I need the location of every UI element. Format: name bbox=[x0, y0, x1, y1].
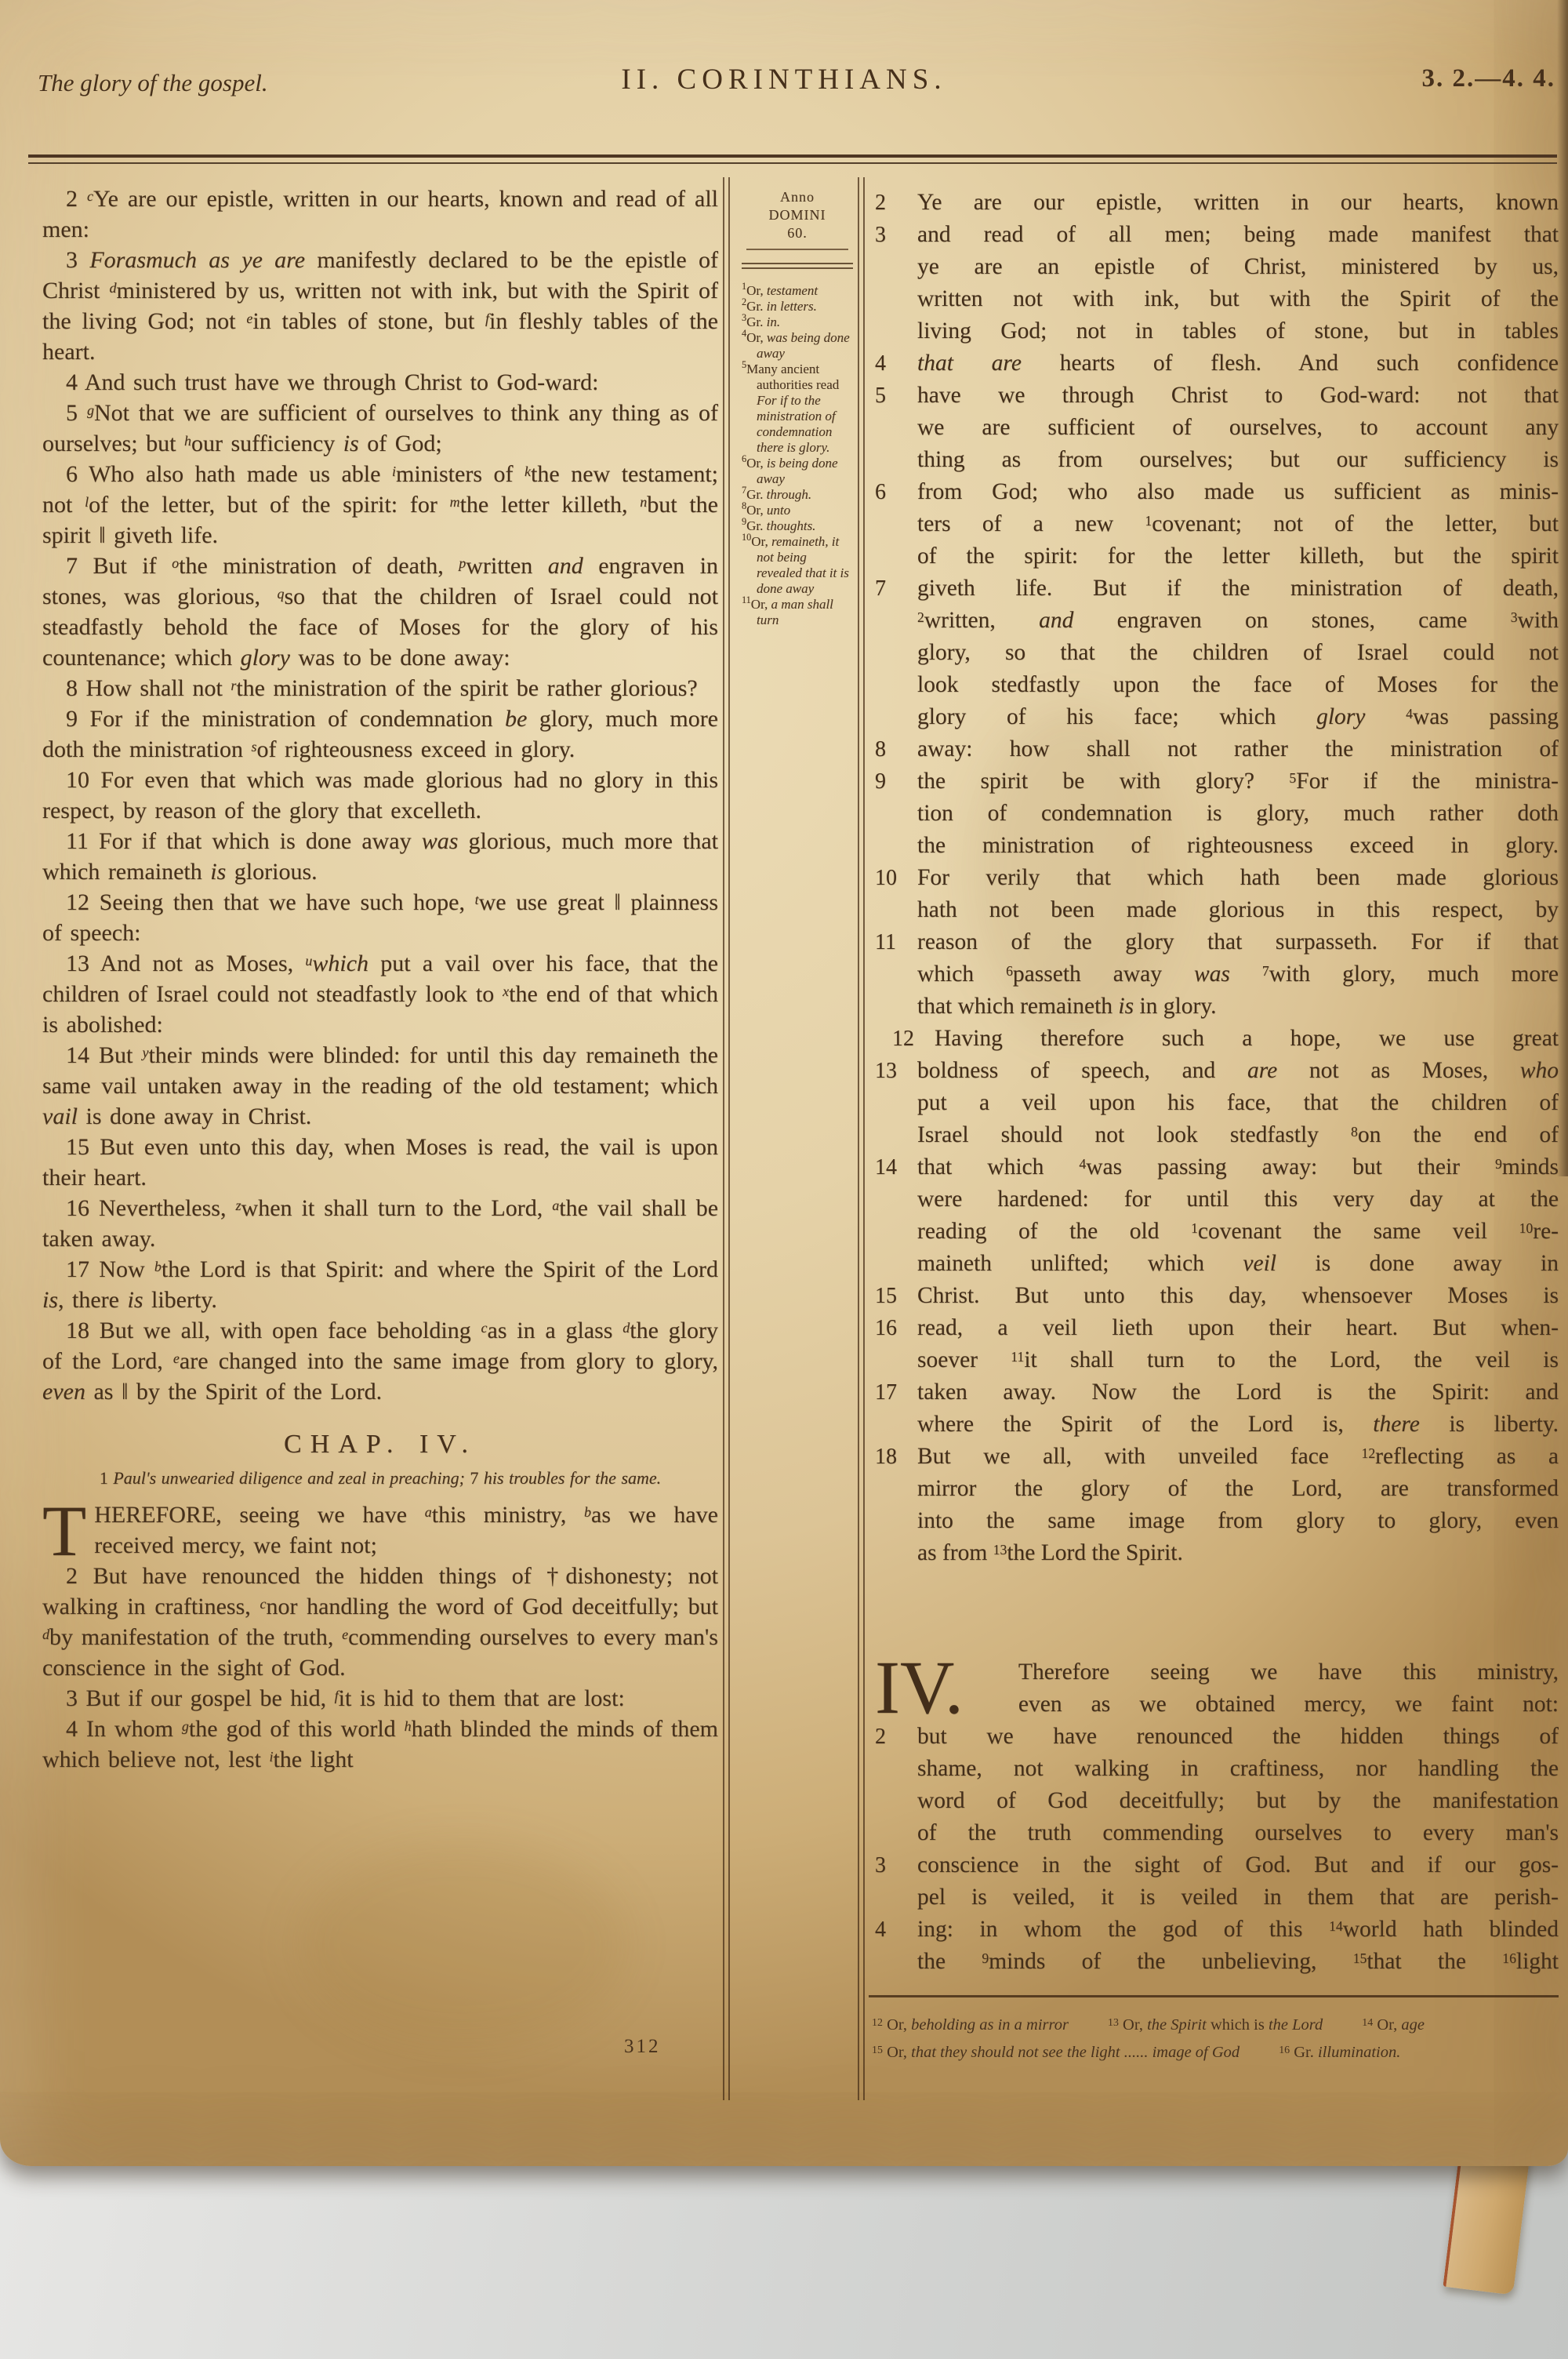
margin-note: 6Or, is being done away bbox=[742, 456, 853, 487]
line-text: of the spirit: for the letter killeth, b… bbox=[917, 543, 1559, 569]
rv-footnote: 16 Gr. illumination. bbox=[1279, 2040, 1400, 2066]
rv-text-line: where the Spirit of the Lord is, there i… bbox=[875, 1408, 1559, 1441]
rv-text-line: maineth unlifted; which veil is done awa… bbox=[875, 1248, 1559, 1280]
note-text: Gr. in letters. bbox=[746, 299, 817, 314]
verse-text: 2 cYe are our epistle, written in our he… bbox=[42, 186, 718, 242]
rv-text-line: living God; not in tables of stone, but … bbox=[875, 315, 1559, 347]
rv-text-line: 2written, and engraven on stones, came 3… bbox=[875, 605, 1559, 637]
rv-footnote: 13 Or, the Spirit which is the Lord bbox=[1108, 2012, 1323, 2038]
rv-text-line: tion of condemnation is glory, much rath… bbox=[875, 798, 1559, 830]
rv-text-line: the 9minds of the unbelieving, 15that th… bbox=[875, 1946, 1559, 1978]
rv-text-line: word of God deceitfully; but by the mani… bbox=[875, 1785, 1559, 1817]
paper-stain bbox=[298, 1843, 627, 2047]
line-text: ters of a new 1covenant; not of the lett… bbox=[917, 511, 1559, 536]
footnote-text: Or, that they should not see the light .… bbox=[887, 2044, 1240, 2061]
rv-footnote: 15 Or, that they should not see the ligh… bbox=[872, 2040, 1240, 2066]
line-text: as from 13the Lord the Spirit. bbox=[917, 1540, 1183, 1565]
margin-note: 1Or, testament bbox=[742, 283, 853, 299]
verse-text: 4 And such trust have we through Christ … bbox=[66, 369, 598, 395]
footnote-text: Or, the Spirit which is the Lord bbox=[1123, 2016, 1323, 2034]
kjv-verse: 7 But if othe ministration of death, pwr… bbox=[42, 551, 718, 673]
column-divider-left bbox=[723, 177, 730, 2100]
rv-footnote: 12 Or, beholding as in a mirror bbox=[872, 2012, 1069, 2038]
footnote-text: Or, age bbox=[1377, 2016, 1425, 2034]
verse-text: 3 But if our gospel be hid, fit is hid t… bbox=[66, 1685, 625, 1711]
verse-number: 2 bbox=[875, 187, 913, 219]
line-text: that are hearts of flesh. And such confi… bbox=[917, 351, 1559, 376]
verse-number: 7 bbox=[875, 572, 913, 605]
verse-number: 14 bbox=[875, 1151, 913, 1183]
margin-note: 10Or, remaineth, it not being revealed t… bbox=[742, 534, 853, 597]
rv-text-line: put a veil upon his face, that the child… bbox=[875, 1087, 1559, 1119]
rv-text-line: 4ing: in whom the god of this 14world ha… bbox=[875, 1914, 1559, 1946]
rv-text-line: hath not been made glorious in this resp… bbox=[875, 894, 1559, 926]
verse-number: 13 bbox=[875, 1055, 913, 1087]
rv-text-line: reading of the old 1covenant the same ve… bbox=[875, 1216, 1559, 1248]
scanned-bible-page: { "header": { "left": "The glory of the … bbox=[0, 0, 1568, 2359]
line-text: living God; not in tables of stone, but … bbox=[917, 318, 1559, 343]
reference-column: Anno DOMINI 60. 1Or, testament2Gr. in le… bbox=[742, 188, 853, 628]
rv-text-line: look stedfastly upon the face of Moses f… bbox=[875, 669, 1559, 701]
rv-text-line: 15Christ. But unto this day, whensoever … bbox=[875, 1280, 1559, 1312]
footnote-number: 16 bbox=[1279, 2045, 1290, 2056]
line-text: read, a veil lieth upon their heart. But… bbox=[917, 1315, 1559, 1340]
verse-number: 9 bbox=[875, 765, 913, 798]
line-text: were hardened: for until this very day a… bbox=[917, 1187, 1559, 1212]
line-text: put a veil upon his face, that the child… bbox=[917, 1090, 1559, 1115]
rv-text-line: 7giveth life. But if the ministration of… bbox=[875, 572, 1559, 605]
footnote-number: 14 bbox=[1362, 2017, 1373, 2029]
rv-text-line: that which remaineth is in glory. bbox=[875, 990, 1559, 1023]
kjv-verse: 10 For even that which was made glorious… bbox=[42, 765, 718, 826]
line-text: Christ. But unto this day, whensoever Mo… bbox=[917, 1283, 1559, 1308]
rv-text-line: mirror the glory of the Lord, are transf… bbox=[875, 1473, 1559, 1505]
line-text: reason of the glory that surpasseth. For… bbox=[917, 929, 1559, 954]
kjv-verse: 3 But if our gospel be hid, fit is hid t… bbox=[42, 1683, 718, 1714]
verse-number: 4 bbox=[875, 1914, 913, 1946]
kjv-verse: 14 But ytheir minds were blinded: for un… bbox=[42, 1040, 718, 1132]
rv-text-line: 2Ye are our epistle, written in our hear… bbox=[875, 187, 1559, 219]
rv-text-line: which 6passeth away was 7with glory, muc… bbox=[875, 958, 1559, 990]
rv-text-line: 9the spirit be with glory? 5For if the m… bbox=[875, 765, 1559, 798]
note-text: Or, a man shall turn bbox=[751, 597, 833, 627]
rv-text-line: pel is veiled, it is veiled in them that… bbox=[875, 1881, 1559, 1914]
rv-text-line: 6from God; who also made us sufficient a… bbox=[875, 476, 1559, 508]
verse-text: 10 For even that which was made glorious… bbox=[42, 767, 718, 823]
verse-number: 3 bbox=[875, 219, 913, 251]
rv-text-line: 18But we all, with unveiled face 12refle… bbox=[875, 1441, 1559, 1473]
line-text: ye are an epistle of Christ, ministered … bbox=[917, 254, 1559, 279]
rv-text-line: 10For verily that which hath been made g… bbox=[875, 862, 1559, 894]
line-text: taken away. Now the Lord is the Spirit: … bbox=[917, 1379, 1559, 1405]
note-text: Or, unto bbox=[746, 503, 790, 518]
margin-note: 2Gr. in letters. bbox=[742, 299, 853, 314]
note-text: Gr. thoughts. bbox=[746, 518, 815, 533]
anno-rule bbox=[746, 249, 848, 250]
verse-number: 5 bbox=[875, 380, 913, 412]
rv-text-line: 14that which 4was passing away: but thei… bbox=[875, 1151, 1559, 1183]
line-text: which 6passeth away was 7with glory, muc… bbox=[917, 961, 1559, 987]
line-text: from God; who also made us sufficient as… bbox=[917, 479, 1559, 504]
rv-text-line: 17taken away. Now the Lord is the Spirit… bbox=[875, 1376, 1559, 1408]
verse-text: 13 And not as Moses, uwhich put a vail o… bbox=[42, 951, 718, 1038]
book-edge-shadow bbox=[1557, 0, 1568, 1176]
rv-text-line: 12Having therefore such a hope, we use g… bbox=[875, 1023, 1559, 1055]
kjv-verse: 8 How shall not rthe ministration of the… bbox=[42, 673, 718, 703]
line-text: For verily that which hath been made glo… bbox=[917, 865, 1559, 890]
margin-note: 5Many ancient authorities read For if to… bbox=[742, 362, 853, 456]
rv-text-line: were hardened: for until this very day a… bbox=[875, 1183, 1559, 1216]
rv-text-line: 2but we have renounced the hidden things… bbox=[875, 1721, 1559, 1753]
line-text: even as we obtained mercy, we faint not: bbox=[1018, 1692, 1559, 1717]
margin-note: 7Gr. through. bbox=[742, 487, 853, 503]
verse-text: 8 How shall not rthe ministration of the… bbox=[66, 675, 698, 701]
line-text: of the truth commending ourselves to eve… bbox=[917, 1820, 1559, 1845]
line-text: but we have renounced the hidden things … bbox=[917, 1724, 1559, 1749]
rv-text-line: written not with ink, but with the Spiri… bbox=[875, 283, 1559, 315]
footnote-number: 12 bbox=[872, 2017, 883, 2029]
footnote-text: Or, beholding as in a mirror bbox=[887, 2016, 1069, 2034]
verse-number: 11 bbox=[875, 926, 913, 958]
verse-number: 8 bbox=[875, 733, 913, 765]
kjv-column: 2 cYe are our epistle, written in our he… bbox=[42, 184, 718, 1775]
note-text: Or, remaineth, it not being revealed tha… bbox=[751, 534, 849, 596]
line-text: thing as from ourselves; but our suffici… bbox=[917, 447, 1559, 472]
rv-column-chapter3: 2Ye are our epistle, written in our hear… bbox=[875, 187, 1559, 1569]
kjv-verse: 18 But we all, with open face beholding … bbox=[42, 1315, 718, 1407]
line-text: ing: in whom the god of this 14world hat… bbox=[917, 1917, 1559, 1942]
rv-footnote: 14 Or, age bbox=[1362, 2012, 1425, 2038]
note-number: 11 bbox=[742, 594, 751, 605]
footnote-rule bbox=[869, 1995, 1559, 1997]
book-page: The glory of the gospel. II. CORINTHIANS… bbox=[0, 0, 1568, 2166]
rv-text-line: we are sufficient of ourselves, to accou… bbox=[875, 412, 1559, 444]
rv-text-line: thing as from ourselves; but our suffici… bbox=[875, 444, 1559, 476]
rv-text-line: ye are an epistle of Christ, ministered … bbox=[875, 251, 1559, 283]
verse-text: 5 gNot that we are sufficient of ourselv… bbox=[42, 400, 718, 456]
kjv-verse: 12 Seeing then that we have such hope, t… bbox=[42, 887, 718, 948]
anno-line: 60. bbox=[742, 224, 853, 242]
line-text: But we all, with unveiled face 12reflect… bbox=[917, 1444, 1559, 1469]
verse-text: 3 Forasmuch as ye are manifestly declare… bbox=[42, 247, 718, 365]
drop-cap: T bbox=[42, 1499, 94, 1558]
rv-footnotes: 12 Or, beholding as in a mirror13 Or, th… bbox=[872, 2012, 1560, 2066]
verse-number: 2 bbox=[875, 1721, 913, 1753]
line-text: Therefore seeing we have this ministry, bbox=[1018, 1659, 1559, 1685]
rv-column-chapter4: IV. Therefore seeing we have this minist… bbox=[875, 1656, 1559, 1978]
kjv-verse: 17 Now bthe Lord is that Spirit: and whe… bbox=[42, 1254, 718, 1315]
line-text: have we through Christ to God-ward: not … bbox=[917, 383, 1559, 408]
rv-text-line: 11reason of the glory that surpasseth. F… bbox=[875, 926, 1559, 958]
line-text: look stedfastly upon the face of Moses f… bbox=[917, 672, 1559, 697]
margin-note: 8Or, unto bbox=[742, 503, 853, 518]
line-text: into the same image from glory to glory,… bbox=[917, 1508, 1559, 1533]
kjv-verse: 5 gNot that we are sufficient of ourselv… bbox=[42, 398, 718, 459]
book-title: II. CORINTHIANS. bbox=[0, 63, 1568, 96]
line-text: glory, so that the children of Israel co… bbox=[917, 640, 1559, 665]
rv-text-line: 16read, a veil lieth upon their heart. B… bbox=[875, 1312, 1559, 1344]
note-text: Or, was being done away bbox=[746, 330, 850, 361]
line-text: that which remaineth is in glory. bbox=[917, 994, 1217, 1019]
verse-number: 18 bbox=[875, 1441, 913, 1473]
verse-text: HEREFORE, seeing we have athis ministry,… bbox=[94, 1502, 718, 1558]
line-text: word of God deceitfully; but by the mani… bbox=[917, 1788, 1559, 1813]
kjv-verse: 2 But have renounced the hidden things o… bbox=[42, 1561, 718, 1683]
line-text: mirror the glory of the Lord, are transf… bbox=[917, 1476, 1559, 1501]
anno-domini: Anno DOMINI 60. bbox=[742, 188, 853, 242]
note-text: Gr. in. bbox=[746, 314, 780, 329]
verse-text: 11 For if that which is done away was gl… bbox=[42, 828, 718, 885]
line-text: we are sufficient of ourselves, to accou… bbox=[917, 415, 1559, 440]
rv-text-line: 13boldness of speech, and are not as Mos… bbox=[875, 1055, 1559, 1087]
rv-text-line: ters of a new 1covenant; not of the lett… bbox=[875, 508, 1559, 540]
note-text: Or, is being done away bbox=[746, 456, 837, 486]
note-text: Many ancient authorities read For if to … bbox=[746, 362, 839, 455]
line-text: hath not been made glorious in this resp… bbox=[917, 897, 1559, 922]
verse-number: 6 bbox=[875, 476, 913, 508]
margin-notes: 1Or, testament2Gr. in letters.3Gr. in.4O… bbox=[742, 283, 853, 628]
rv-text-line: of the truth commending ourselves to eve… bbox=[875, 1817, 1559, 1849]
line-text: Having therefore such a hope, we use gre… bbox=[935, 1026, 1559, 1051]
kjv-verse: 3 Forasmuch as ye are manifestly declare… bbox=[42, 245, 718, 367]
verse-text: 6 Who also hath made us able iministers … bbox=[42, 461, 718, 548]
margin-note: 4Or, was being done away bbox=[742, 330, 853, 362]
rv-text-line: glory, so that the children of Israel co… bbox=[875, 637, 1559, 669]
line-text: and read of all men; being made manifest… bbox=[917, 222, 1559, 247]
line-text: shame, not walking in craftiness, nor ha… bbox=[917, 1756, 1559, 1781]
verse-text: 15 But even unto this day, when Moses is… bbox=[42, 1134, 718, 1190]
rv-text-line: 3and read of all men; being made manifes… bbox=[875, 219, 1559, 251]
line-text: glory of his face; which glory 4was pass… bbox=[917, 704, 1559, 729]
line-text: pel is veiled, it is veiled in them that… bbox=[917, 1885, 1559, 1910]
kjv-verse: 16 Nevertheless, zwhen it shall turn to … bbox=[42, 1193, 718, 1254]
header-rule bbox=[28, 154, 1557, 164]
references-divider-rule bbox=[742, 263, 853, 269]
rv-text-line: 8away: how shall not rather the ministra… bbox=[875, 733, 1559, 765]
verse-number: 3 bbox=[875, 1849, 913, 1881]
chapter-summary: 1 Paul's unwearied diligence and zeal in… bbox=[63, 1467, 698, 1488]
rv-text-line: even as we obtained mercy, we faint not: bbox=[976, 1688, 1559, 1721]
verse-number: 12 bbox=[875, 1023, 913, 1055]
verse-text: 7 But if othe ministration of death, pwr… bbox=[42, 553, 718, 671]
rv-chapter4-lines: Therefore seeing we have this ministry,e… bbox=[875, 1656, 1559, 1978]
chapter-numeral: IV. bbox=[875, 1656, 976, 1716]
anno-line: DOMINI bbox=[742, 206, 853, 224]
rv-text-line: into the same image from glory to glory,… bbox=[875, 1505, 1559, 1537]
note-number: 10 bbox=[742, 532, 751, 543]
rv-text-line: glory of his face; which glory 4was pass… bbox=[875, 701, 1559, 733]
footnote-number: 13 bbox=[1108, 2017, 1119, 2029]
margin-note: 3Gr. in. bbox=[742, 314, 853, 330]
line-text: the ministration of righteousness exceed… bbox=[917, 833, 1559, 858]
line-text: where the Spirit of the Lord is, there i… bbox=[917, 1412, 1559, 1437]
kjv-verse: 4 In whom gthe god of this world hhath b… bbox=[42, 1714, 718, 1775]
line-text: soever 11it shall turn to the Lord, the … bbox=[917, 1347, 1559, 1372]
verse-text: 18 But we all, with open face beholding … bbox=[42, 1318, 718, 1405]
line-text: the spirit be with glory? 5For if the mi… bbox=[917, 769, 1559, 794]
kjv-chapter3-verses: 2 cYe are our epistle, written in our he… bbox=[42, 184, 718, 1407]
kjv-chapter4-verses: THEREFORE, seeing we have athis ministry… bbox=[42, 1499, 718, 1775]
chapter-range: 3. 2.—4. 4. bbox=[1422, 64, 1556, 93]
verse-text: 16 Nevertheless, zwhen it shall turn to … bbox=[42, 1195, 718, 1252]
margin-note: 9Gr. thoughts. bbox=[742, 518, 853, 534]
column-divider-right bbox=[858, 177, 865, 2100]
rv-text-line: shame, not walking in craftiness, nor ha… bbox=[875, 1753, 1559, 1785]
rv-text-line: 4that are hearts of flesh. And such conf… bbox=[875, 347, 1559, 380]
line-text: tion of condemnation is glory, much rath… bbox=[917, 801, 1559, 826]
line-text: Israel should not look stedfastly 8on th… bbox=[917, 1122, 1559, 1147]
anno-line: Anno bbox=[742, 188, 853, 206]
note-text: Or, testament bbox=[746, 283, 818, 298]
rv-text-line: Therefore seeing we have this ministry, bbox=[976, 1656, 1559, 1688]
line-text: boldness of speech, and are not as Moses… bbox=[917, 1058, 1559, 1083]
verse-text: 2 But have renounced the hidden things o… bbox=[42, 1563, 718, 1681]
line-text: giveth life. But if the ministration of … bbox=[917, 576, 1559, 601]
rv-text-line: soever 11it shall turn to the Lord, the … bbox=[875, 1344, 1559, 1376]
kjv-verse: 2 cYe are our epistle, written in our he… bbox=[42, 184, 718, 245]
verse-number: 16 bbox=[875, 1312, 913, 1344]
line-text: the 9minds of the unbelieving, 15that th… bbox=[917, 1949, 1559, 1974]
kjv-verse: THEREFORE, seeing we have athis ministry… bbox=[42, 1499, 718, 1561]
verse-number: 15 bbox=[875, 1280, 913, 1312]
rv-text-line: 5have we through Christ to God-ward: not… bbox=[875, 380, 1559, 412]
line-text: that which 4was passing away: but their … bbox=[917, 1154, 1559, 1179]
rv-text-line: 3conscience in the sight of God. But and… bbox=[875, 1849, 1559, 1881]
line-text: Ye are our epistle, written in our heart… bbox=[917, 190, 1559, 215]
line-text: away: how shall not rather the ministrat… bbox=[917, 736, 1559, 761]
rv-text-line: of the spirit: for the letter killeth, b… bbox=[875, 540, 1559, 572]
note-text: Gr. through. bbox=[746, 487, 811, 502]
verse-number: 10 bbox=[875, 862, 913, 894]
verse-text: 14 But ytheir minds were blinded: for un… bbox=[42, 1042, 718, 1129]
footnote-number: 15 bbox=[872, 2045, 883, 2056]
rv-text-line: Israel should not look stedfastly 8on th… bbox=[875, 1119, 1559, 1151]
kjv-verse: 11 For if that which is done away was gl… bbox=[42, 826, 718, 887]
verse-text: 4 In whom gthe god of this world hhath b… bbox=[42, 1716, 718, 1772]
footnote-text: Gr. illumination. bbox=[1294, 2044, 1400, 2061]
margin-note: 11Or, a man shall turn bbox=[742, 597, 853, 628]
rv-text-line: the ministration of righteousness exceed… bbox=[875, 830, 1559, 862]
rv-text-line: as from 13the Lord the Spirit. bbox=[875, 1537, 1559, 1569]
page-number: 312 bbox=[624, 2036, 661, 2058]
line-text: reading of the old 1covenant the same ve… bbox=[917, 1219, 1559, 1244]
kjv-verse: 4 And such trust have we through Christ … bbox=[42, 367, 718, 398]
kjv-verse: 6 Who also hath made us able iministers … bbox=[42, 459, 718, 551]
line-text: written not with ink, but with the Spiri… bbox=[917, 286, 1559, 311]
verse-number: 17 bbox=[875, 1376, 913, 1408]
kjv-verse: 13 And not as Moses, uwhich put a vail o… bbox=[42, 948, 718, 1040]
verse-text: 17 Now bthe Lord is that Spirit: and whe… bbox=[42, 1256, 718, 1313]
kjv-verse: 15 But even unto this day, when Moses is… bbox=[42, 1132, 718, 1193]
verse-text: 9 For if the ministration of condemnatio… bbox=[42, 706, 718, 762]
kjv-verse: 9 For if the ministration of condemnatio… bbox=[42, 703, 718, 765]
line-text: maineth unlifted; which veil is done awa… bbox=[917, 1251, 1559, 1276]
verse-number: 4 bbox=[875, 347, 913, 380]
verse-text: 12 Seeing then that we have such hope, t… bbox=[42, 889, 718, 946]
line-text: conscience in the sight of God. But and … bbox=[917, 1852, 1559, 1877]
chapter-heading: CHAP. IV. bbox=[42, 1429, 718, 1459]
line-text: 2written, and engraven on stones, came 3… bbox=[917, 608, 1559, 633]
